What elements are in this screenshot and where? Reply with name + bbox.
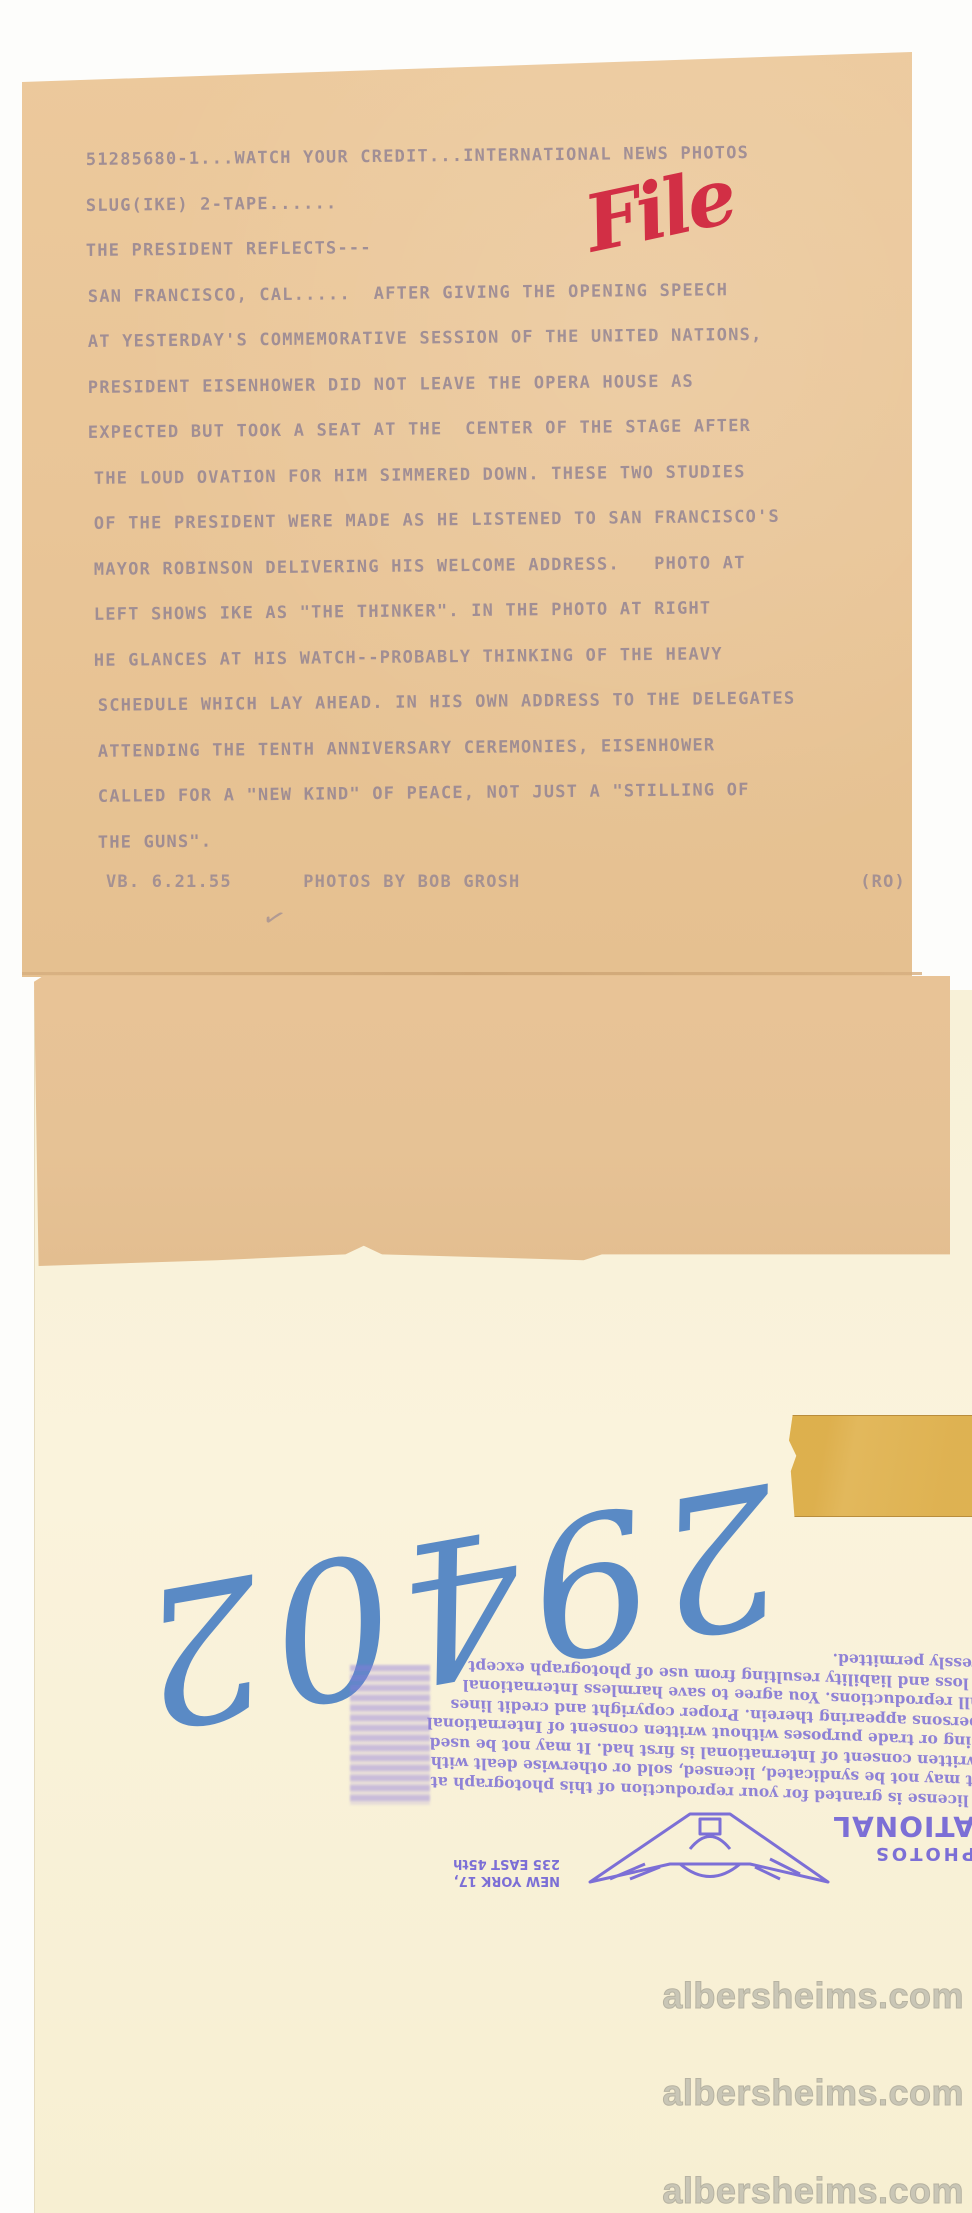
caption-line: THE PRESIDENT REFLECTS--- xyxy=(86,232,946,287)
caption-line: SCHEDULE WHICH LAY AHEAD. IN HIS OWN ADD… xyxy=(86,687,946,742)
caption-line: EXPECTED BUT TOOK A SEAT AT THE CENTER O… xyxy=(86,414,946,469)
watermark: albersheims.com xyxy=(604,2072,964,2114)
brand-line: ATIONAL xyxy=(835,1810,972,1843)
caption-line: AT YESTERDAY'S COMMEMORATIVE SESSION OF … xyxy=(86,323,946,378)
caption-sheet-folded-flap xyxy=(34,976,950,1266)
brand-line: PHOTOS xyxy=(835,1843,972,1864)
date-code: VB. 6.21.55 xyxy=(106,872,232,892)
address-stamp: NEW YORK 17, 235 EAST 45th xyxy=(420,1855,560,1889)
watermark: albersheims.com xyxy=(604,2170,964,2212)
caption-line: CALLED FOR A "NEW KIND" OF PEACE, NOT JU… xyxy=(86,778,946,833)
caption-line: 51285680-1...WATCH YOUR CREDIT...INTERNA… xyxy=(86,141,946,196)
adhesive-tape xyxy=(789,1415,972,1517)
fold-line xyxy=(22,972,922,975)
address-line: 235 EAST 45th xyxy=(420,1855,560,1872)
brand-stamp: PHOTOS ATIONAL xyxy=(835,1810,972,1864)
operator-initials: (RO) xyxy=(860,872,906,892)
caption-text: 51285680-1...WATCH YOUR CREDIT...INTERNA… xyxy=(86,150,946,878)
globe-logo-icon xyxy=(580,1800,840,1895)
caption-line: THE GUNS". xyxy=(86,823,946,878)
photo-credit: PHOTOS BY BOB GROSH xyxy=(303,872,520,892)
caption-line: LEFT SHOWS IKE AS "THE THINKER". IN THE … xyxy=(86,596,946,651)
watermark: albersheims.com xyxy=(604,1975,964,2017)
caption-line: OF THE PRESIDENT WERE MADE AS HE LISTENE… xyxy=(86,505,946,560)
address-line: NEW YORK 17, xyxy=(420,1872,560,1889)
caption-footer: VB. 6.21.55 PHOTOS BY BOB GROSH (RO) xyxy=(106,872,906,892)
license-stamp: l license is granted for your reproducti… xyxy=(350,1619,972,1811)
